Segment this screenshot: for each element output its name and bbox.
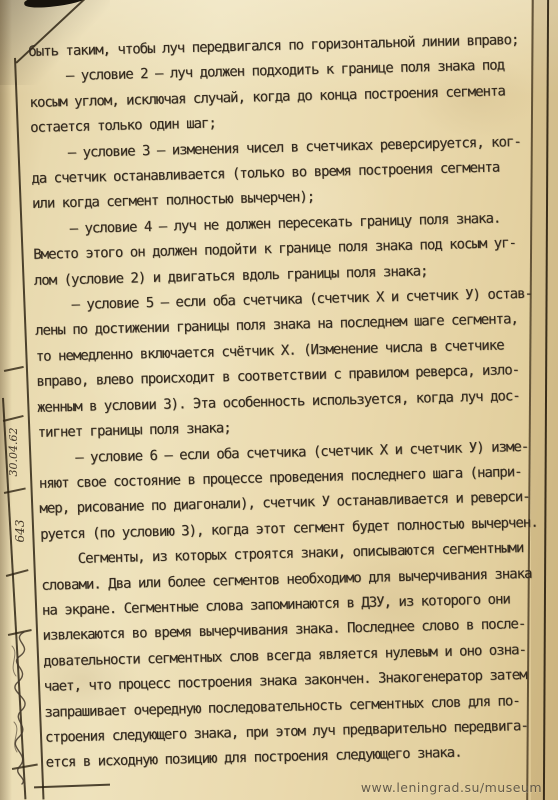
scanned-document-page: 30.04.62 643 быть таким, чтобы луч перед… (0, 0, 558, 800)
paragraph-condition-5: – условие 5 – если оба счетчика (счетчик… (34, 281, 550, 446)
paragraph-condition-3: – условие 3 – изменения чисел в счетчика… (30, 129, 544, 218)
paragraph-condition-2: – условие 2 – луч должен подходить к гра… (29, 53, 543, 142)
handwritten-date: 30.04.62 (7, 412, 21, 492)
handwritten-signature (2, 626, 42, 786)
paragraph-segments: Сегменты, из которых строятся знаки, опи… (40, 535, 557, 776)
margin-frame-bottom-line (34, 784, 110, 788)
handwritten-number: 643 (13, 505, 27, 557)
paragraph-condition-6: – условие 6 – если оба счетчика (счетчик… (38, 434, 552, 548)
paragraph-condition-4: – условие 4 – луч не должен пересекать г… (32, 205, 546, 294)
typewritten-text-block: быть таким, чтобы луч передвигался по го… (28, 27, 558, 776)
watermark-url: www.leningrad.su/museum (361, 780, 542, 795)
